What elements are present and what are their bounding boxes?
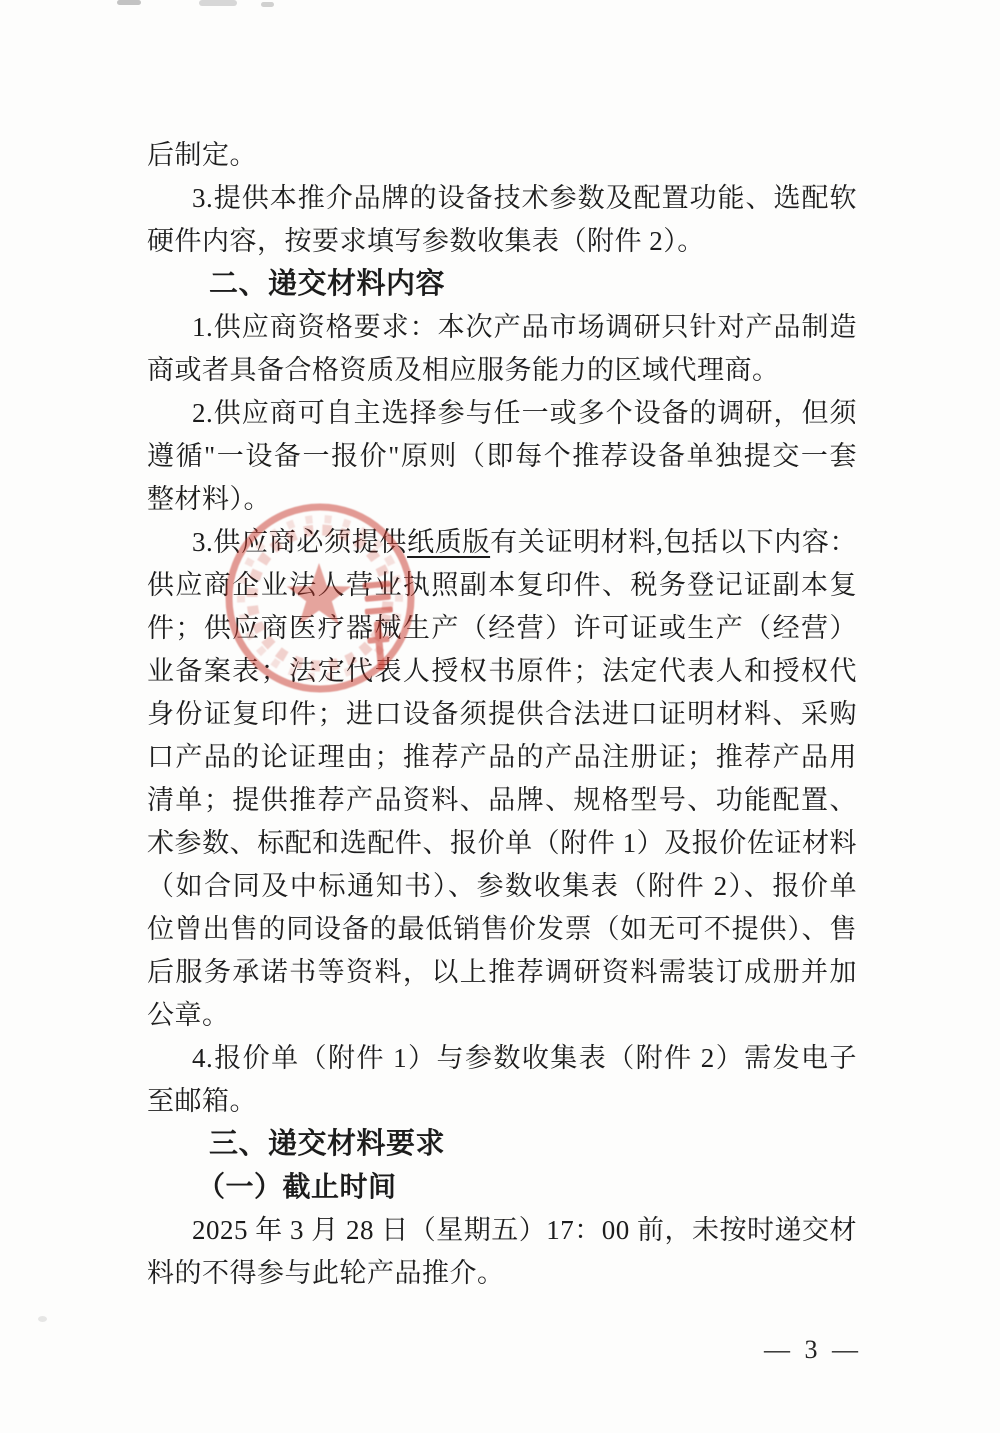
scan-artifact	[117, 0, 141, 5]
document-line: 位曾出售的同设备的最低销售价发票（如无可不提供）、售	[147, 908, 857, 951]
document-line: 4.报价单（附件 1）与参数收集表（附件 2）需发电子版	[147, 1037, 857, 1080]
section-heading: 二、递交材料内容	[147, 263, 857, 306]
document-line: 术参数、标配和选配件、报价单（附件 1）及报价佐证材料	[147, 822, 857, 865]
document-line: 清单；提供推荐产品资料、品牌、规格型号、功能配置、技	[147, 779, 857, 822]
document-line: 后制定。	[147, 134, 857, 177]
page-number: — 3 —	[764, 1335, 862, 1365]
text-run: 3.供应商必须提供	[192, 527, 407, 557]
scan-artifact	[261, 2, 274, 7]
document-line: 公章。	[147, 994, 857, 1037]
document-line: 供应商企业法人营业执照副本复印件、税务登记证副本复印	[147, 564, 857, 607]
text-run: 有关证明材料,包括以下内容：	[490, 527, 857, 557]
document-line: 后服务承诺书等资料，以上推荐调研资料需装订成册并加盖	[147, 951, 857, 994]
document-line: 2025 年 3 月 28 日（星期五）17：00 前，未按时递交材	[147, 1209, 857, 1252]
document-line: 料的不得参与此轮产品推介。	[147, 1252, 857, 1295]
document-line: 遵循"一设备一报价"原则（即每个推荐设备单独提交一套完	[147, 435, 857, 478]
section-heading: 三、递交材料要求	[147, 1123, 857, 1166]
underlined-text: 纸质版	[407, 527, 490, 557]
document-line: 口产品的论证理由；推荐产品的产品注册证；推荐产品用户	[147, 736, 857, 779]
document-line: 至邮箱。	[147, 1080, 857, 1123]
document-line: 商或者具备合格资质及相应服务能力的区域代理商。	[147, 349, 857, 392]
document-line: （如合同及中标通知书）、参数收集表（附件 2）、报价单	[147, 865, 857, 908]
document-line: 整材料）。	[147, 478, 857, 521]
document-line: 2.供应商可自主选择参与任一或多个设备的调研，但须	[147, 392, 857, 435]
document-body: 后制定。3.提供本推介品牌的设备技术参数及配置功能、选配软硬件内容，按要求填写参…	[147, 134, 857, 1295]
document-line: 件；供应商医疗器械生产（经营）许可证或生产（经营）企	[147, 607, 857, 650]
document-line: 3.供应商必须提供纸质版有关证明材料,包括以下内容：	[147, 521, 857, 564]
sub-heading: （一）截止时间	[147, 1166, 857, 1209]
document-line: 硬件内容，按要求填写参数收集表（附件 2）。	[147, 220, 857, 263]
document-line: 业备案表；法定代表人授权书原件；法定代表人和授权代表	[147, 650, 857, 693]
scan-artifact	[38, 1316, 47, 1322]
document-line: 3.提供本推介品牌的设备技术参数及配置功能、选配软	[147, 177, 857, 220]
document-line: 身份证复印件；进口设备须提供合法进口证明材料、采购进	[147, 693, 857, 736]
document-line: 1.供应商资格要求：本次产品市场调研只针对产品制造	[147, 306, 857, 349]
scan-artifact	[199, 0, 237, 6]
document-page: 后制定。3.提供本推介品牌的设备技术参数及配置功能、选配软硬件内容，按要求填写参…	[0, 0, 1000, 1433]
